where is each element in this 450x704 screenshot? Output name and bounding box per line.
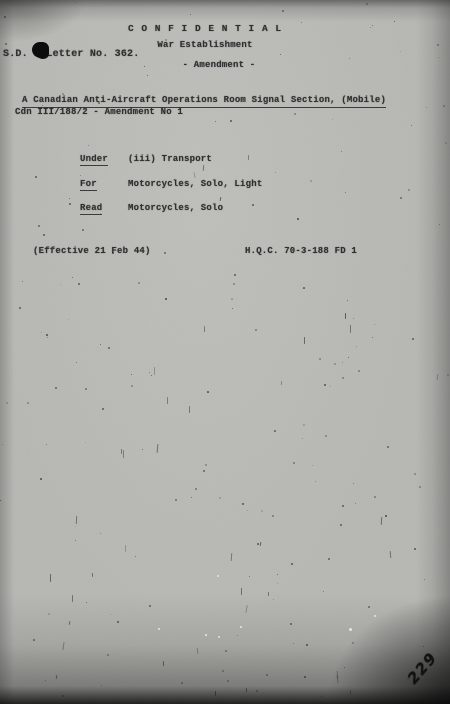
ink-blot (32, 42, 49, 58)
sd-letter-number: S.D. 2 Letter No. 362. (3, 49, 139, 60)
page-number-handwritten: 229 (404, 642, 446, 687)
amendment-row-under: Under(iii) Transport (80, 154, 212, 165)
amendment-row-read: ReadMotorcycles, Solo (80, 203, 223, 214)
amendment-row-for: ForMotorcycles, Solo, Light (80, 179, 262, 190)
amendment-banner: - Amendment - (0, 60, 438, 71)
effective-date: (Effective 21 Feb 44) (33, 246, 151, 257)
amendment-term-value: Motorcycles, Solo, Light (128, 179, 262, 189)
amendment-term-value: (iii) Transport (128, 154, 212, 164)
amendment-term-label-wrap: Under (80, 154, 128, 165)
amendment-term-label: Read (80, 203, 102, 215)
amendment-term-label-wrap: For (80, 179, 128, 190)
classification-banner: C O N F I D E N T I A L (0, 23, 410, 34)
amendment-term-value: Motorcycles, Solo (128, 203, 223, 213)
amendment-term-label-wrap: Read (80, 203, 128, 214)
amendment-term-label: Under (80, 154, 108, 166)
document-reference-line: Cdn III/188/2 - Amendment No 1 (15, 107, 183, 118)
amendment-term-label: For (80, 179, 97, 191)
scanned-document-page: C O N F I D E N T I A L War Establishmen… (0, 0, 450, 704)
file-reference: H.Q.C. 70-3-188 FD 1 (245, 246, 357, 257)
